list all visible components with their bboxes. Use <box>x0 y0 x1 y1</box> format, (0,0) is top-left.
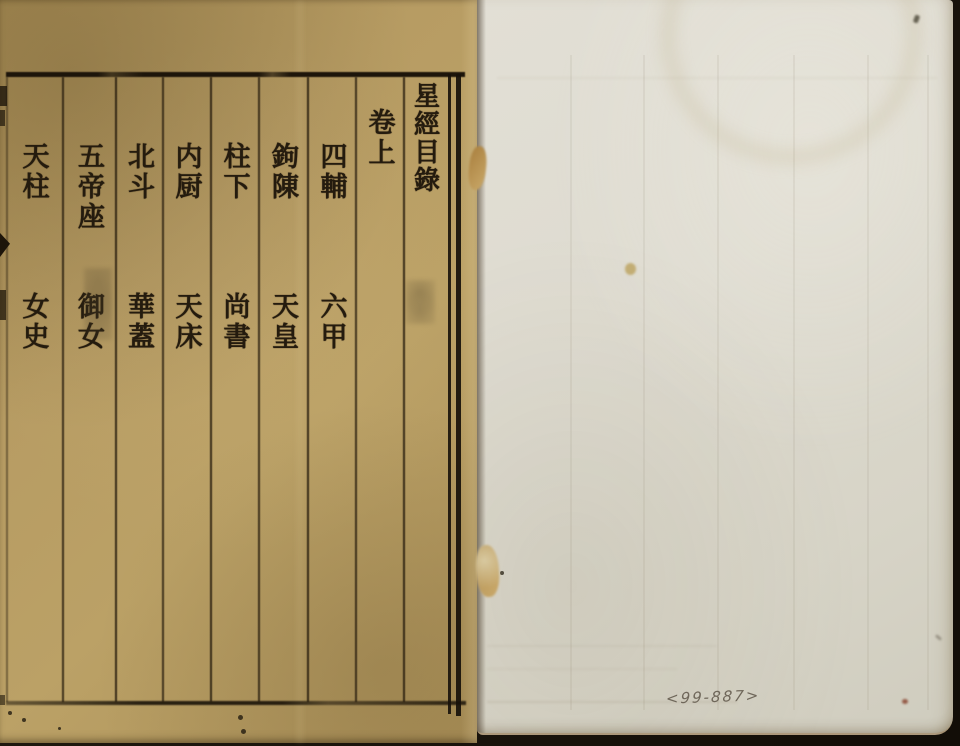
frame-top-border <box>6 72 465 77</box>
star-name-top: 四輔 <box>312 142 351 202</box>
entry-column: 五帝座御女 <box>62 80 115 704</box>
edge-partial-glyph <box>0 86 7 106</box>
entry-column: 鉤陳天皇 <box>258 80 307 704</box>
ink-dot <box>58 727 61 730</box>
ink-dot <box>8 711 12 715</box>
book-title: 星經目錄 <box>407 82 444 194</box>
bleed-through-line <box>643 55 645 710</box>
ink-dot <box>22 718 26 722</box>
star-name-top: 鉤陳 <box>263 142 302 202</box>
volume-column: 卷上 <box>355 80 403 704</box>
edge-partial-glyph <box>0 695 5 705</box>
bleed-through-line <box>927 55 929 710</box>
ink-dot <box>241 729 246 734</box>
bleed-through-line <box>867 55 869 710</box>
title-column: 星經目錄 <box>403 80 447 704</box>
entry-column: 四輔六甲 <box>307 80 355 704</box>
handwritten-shelfmark: <99-887> <box>665 686 760 707</box>
star-name-top: 北斗 <box>119 142 158 202</box>
ink-speck <box>500 571 504 575</box>
star-name-top: 五帝座 <box>69 142 108 232</box>
bleed-through-line <box>487 645 717 647</box>
entry-column: 内厨天床 <box>162 80 210 704</box>
pencil-speck <box>935 634 942 641</box>
star-name-top: 天柱 <box>14 142 53 202</box>
page-edge-highlight <box>461 0 477 743</box>
star-name-top: 内厨 <box>167 142 206 202</box>
star-name-bottom: 女史 <box>14 292 53 352</box>
volume-label: 卷上 <box>360 108 399 168</box>
red-stain-dot <box>902 699 908 704</box>
book-photograph: 星經目錄 卷上 四輔六甲鉤陳天皇柱下尚書内厨天床北斗華蓋五帝座御女天柱女史 <box>0 0 960 746</box>
edge-partial-glyph <box>0 110 5 126</box>
star-name-bottom: 尚書 <box>215 292 254 352</box>
ring-stain <box>660 0 922 165</box>
entry-column: 天柱女史 <box>6 80 60 704</box>
star-name-top: 柱下 <box>215 142 254 202</box>
ink-dot <box>238 715 243 720</box>
star-name-bottom: 華蓋 <box>119 292 158 352</box>
entry-column: 柱下尚書 <box>210 80 258 704</box>
bleed-through-line <box>570 55 572 710</box>
right-page: <99-887> <box>477 0 953 735</box>
ink-bleed-smudge <box>84 268 112 340</box>
bleed-through-line <box>717 55 719 710</box>
edge-partial-glyph <box>0 290 6 320</box>
stain-spot <box>625 263 636 275</box>
star-name-bottom: 天床 <box>167 292 206 352</box>
bleed-through-line <box>793 55 795 710</box>
frame-right-border-outer <box>456 74 461 716</box>
entry-column: 北斗華蓋 <box>115 80 162 704</box>
star-name-bottom: 六甲 <box>312 292 351 352</box>
left-page: 星經目錄 卷上 四輔六甲鉤陳天皇柱下尚書内厨天床北斗華蓋五帝座御女天柱女史 <box>0 0 477 743</box>
gutter-shadow <box>477 0 486 733</box>
bleed-through-line <box>487 668 677 670</box>
bleed-through-line <box>497 77 937 79</box>
star-name-bottom: 天皇 <box>263 292 302 352</box>
frame-right-border-inner <box>448 74 451 714</box>
ink-bleed-smudge <box>405 280 435 324</box>
